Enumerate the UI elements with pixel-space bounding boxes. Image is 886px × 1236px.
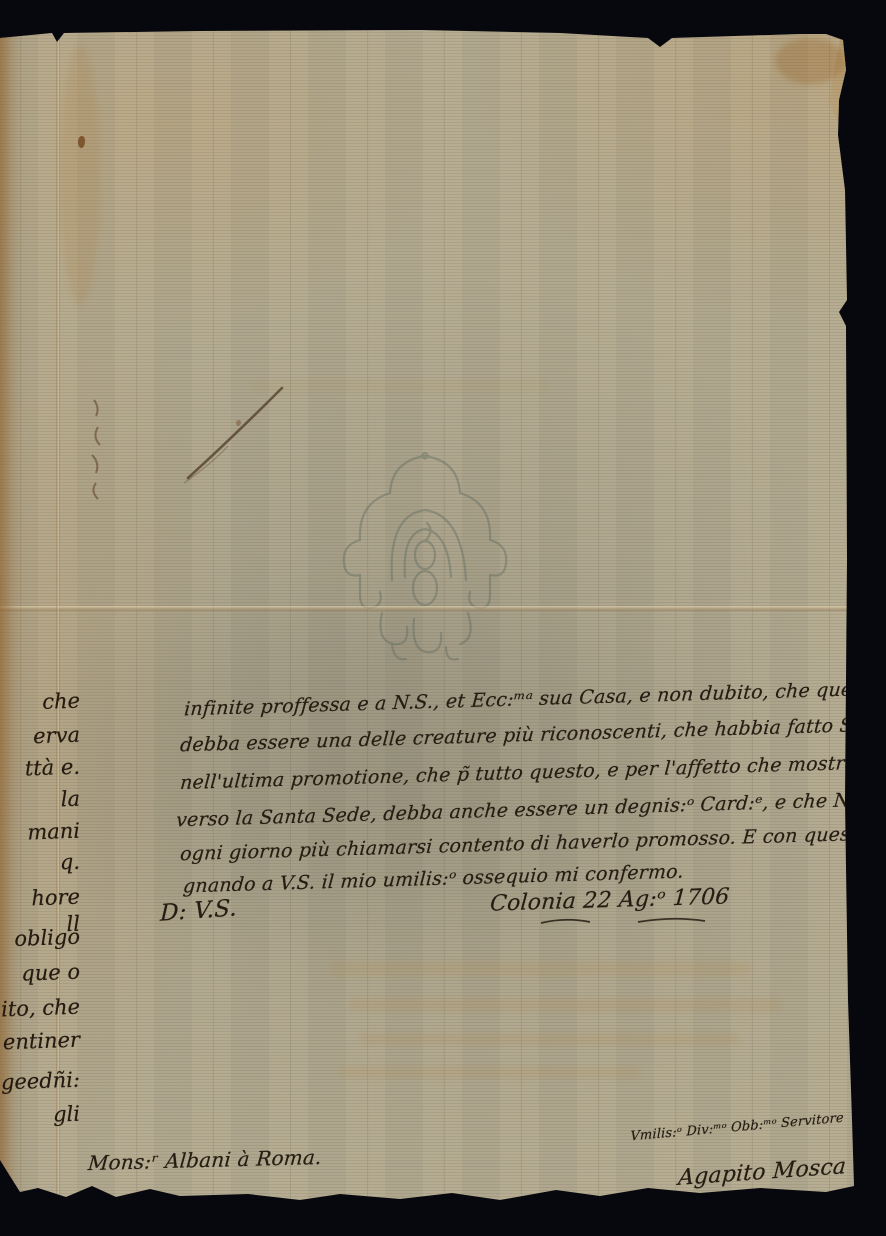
- margin-fragment: que o: [0, 960, 80, 987]
- bleed-through-line: [250, 380, 550, 392]
- margin-fragment: obligo: [0, 925, 80, 952]
- margin-fragment: gli: [0, 1102, 80, 1129]
- margin-fragment: mani: [0, 819, 80, 846]
- margin-fragment: hore: [0, 885, 80, 912]
- margin-fragment: entiner: [0, 1028, 80, 1055]
- dateline-underline-flourish: [538, 914, 708, 928]
- ink-smudges: [84, 395, 114, 505]
- margin-fragment: che: [0, 689, 80, 716]
- bleed-through-line: [340, 1066, 640, 1078]
- stray-ink-stroke: [180, 380, 290, 485]
- margin-fragment: ito, che: [0, 995, 80, 1022]
- closing-abbreviation: D: V.S.: [160, 895, 238, 927]
- edge-discoloration: [0, 0, 886, 1236]
- margin-fragment: q.: [0, 850, 80, 877]
- bleed-through-line: [360, 1033, 740, 1045]
- foxing-stain: [60, 45, 100, 305]
- margin-fragment: ttà e.: [0, 755, 80, 782]
- scan-background: che erva ttà e. la mani q. hore ll oblig…: [0, 0, 886, 1236]
- letter-page: che erva ttà e. la mani q. hore ll oblig…: [0, 0, 886, 1236]
- margin-fragment: la: [0, 787, 80, 814]
- margin-fragment: geedñi:: [0, 1068, 80, 1095]
- foxing-stain: [775, 38, 845, 84]
- margin-fragment: erva: [0, 723, 80, 750]
- bleed-through-line: [350, 998, 780, 1011]
- bleed-through-line: [330, 962, 750, 976]
